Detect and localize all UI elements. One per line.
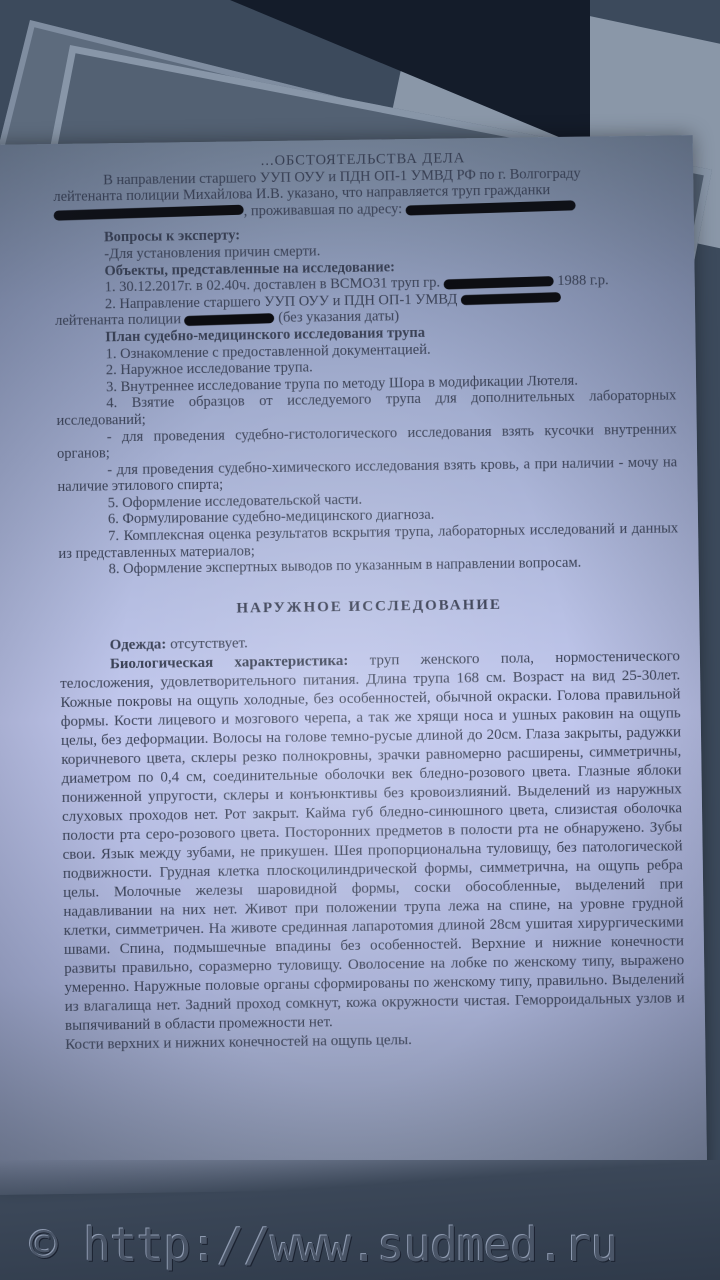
redacted-address <box>406 201 576 216</box>
biological-characteristics: Биологическая характеристика: труп женск… <box>60 648 685 1037</box>
external-examination-heading: НАРУЖНОЕ ИССЛЕДОВАНИЕ <box>59 594 679 619</box>
watermark-text: © http://www.sudmed.ru <box>30 1218 617 1272</box>
redacted-department <box>461 293 561 306</box>
document-content: ...ОБСТОЯТЕЛЬСТВА ДЕЛА В направлении ста… <box>53 145 686 1055</box>
document-page: ...ОБСТОЯТЕЛЬСТВА ДЕЛА В направлении ста… <box>0 135 707 1195</box>
redacted-deceased-name <box>444 276 554 289</box>
redacted-officer <box>184 313 274 326</box>
redacted-name <box>54 205 244 221</box>
